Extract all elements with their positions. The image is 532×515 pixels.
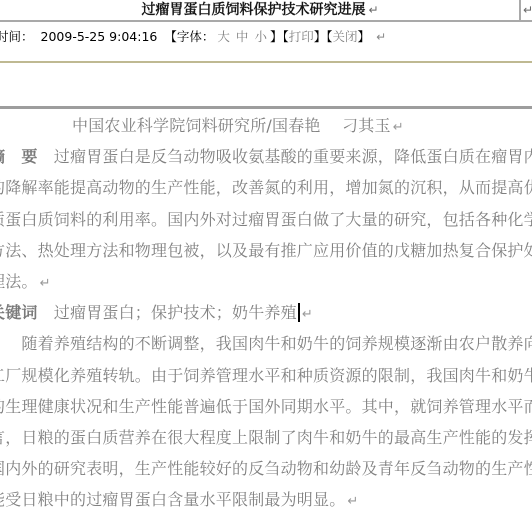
paragraph-line: 言，日粮的蛋白质营养在很大程度上限制了肉牛和奶牛的最高生产性能的发挥。: [0, 422, 532, 453]
paragraph-mark-icon: ↵: [523, 3, 532, 17]
paragraph-text: 能受日粮中的过瘤胃蛋白含量水平限制最为明显。: [0, 490, 345, 509]
font-size-medium-link[interactable]: 中: [236, 29, 249, 44]
byline-text: 中国农业科学院饲料研究所/国春艳 刁其玉: [72, 116, 391, 135]
time-label: 时间：: [0, 29, 34, 44]
title-bar: 过瘤胃蛋白质饲料保护技术研究进展↵: [0, 0, 520, 20]
timestamp: 2009-5-25 9:04:16: [41, 29, 158, 44]
font-size-large-link[interactable]: 大: [217, 29, 230, 44]
bracket-close: 】: [270, 29, 283, 44]
paragraph-line: 随着养殖结构的不断调整，我国肉牛和奶牛的饲养规模逐渐由农户散养向: [0, 328, 532, 359]
paragraph-line: 的生理健康状况和生产性能普遍低于国外同期水平。其中，就饲养管理水平而: [0, 391, 532, 422]
paragraph-mark-icon: ↵: [347, 494, 358, 509]
meta-bar: 时间：2009-5-25 9:04:16【字体：大中小】【打印】【关闭】↵: [0, 27, 386, 47]
abstract-line: 方法、热处理方法和物理包被，以及最有推广应用价值的戊糖加热复合保护处: [0, 235, 532, 266]
keywords-line: 关键词 过瘤胃蛋白；保护技术；奶牛养殖↵: [0, 297, 532, 328]
header-divider-rule: [0, 61, 532, 63]
bracket-open: 【: [164, 29, 177, 44]
close-link[interactable]: 关闭: [333, 29, 358, 44]
paragraph-line: 工厂规模化养殖转轨。由于饲养管理水平和种质资源的限制，我国肉牛和奶牛: [0, 360, 532, 391]
title-bottom-border: [0, 20, 532, 22]
abstract-label: 摘 要: [0, 147, 38, 166]
font-size-label: 字体：: [177, 29, 215, 44]
bracket-close: 】: [358, 29, 371, 44]
title-cell-divider: [519, 0, 521, 21]
keywords-text: 过瘤胃蛋白；保护技术；奶牛养殖: [38, 303, 297, 322]
content-divider-rule: [0, 106, 532, 109]
paragraph-mark-icon: ↵: [376, 30, 386, 44]
paragraph-line: 能受日粮中的过瘤胃蛋白含量水平限制最为明显。↵: [0, 484, 532, 515]
text-cursor: [298, 303, 300, 322]
abstract-line: 摘 要 过瘤胃蛋白是反刍动物吸收氨基酸的重要来源，降低蛋白质在瘤胃内: [0, 141, 532, 172]
article-body: 中国农业科学院饲料研究所/国春艳 刁其玉↵ 摘 要 过瘤胃蛋白是反刍动物吸收氨基…: [0, 110, 532, 515]
print-link[interactable]: 打印: [289, 29, 314, 44]
title-side-cell: ↵: [523, 0, 532, 20]
paragraph-mark-icon: ↵: [302, 307, 313, 322]
paragraph-mark-icon: ↵: [40, 276, 51, 291]
byline: 中国农业科学院饲料研究所/国春艳 刁其玉↵: [0, 110, 532, 141]
paragraph-line: 国内外的研究表明，生产性能较好的反刍动物和幼龄及青年反刍动物的生产性: [0, 453, 532, 484]
abstract-text: 过瘤胃蛋白是反刍动物吸收氨基酸的重要来源，降低蛋白质在瘤胃内: [38, 147, 532, 166]
abstract-text: 理法。: [0, 272, 38, 291]
paragraph-mark-icon: ↵: [368, 3, 378, 17]
document-page: 过瘤胃蛋白质饲料保护技术研究进展↵ ↵ 时间：2009-5-25 9:04:16…: [0, 0, 532, 515]
bracket-close: 】: [314, 29, 327, 44]
abstract-line: 质蛋白质饲料的利用率。国内外对过瘤胃蛋白做了大量的研究，包括各种化学: [0, 204, 532, 235]
font-size-small-link[interactable]: 小: [254, 29, 267, 44]
abstract-line: 的降解率能提高动物的生产性能，改善氮的利用，增加氮的沉积，从而提高优: [0, 172, 532, 203]
page-title: 过瘤胃蛋白质饲料保护技术研究进展: [141, 2, 365, 18]
paragraph-mark-icon: ↵: [393, 120, 404, 135]
keywords-label: 关键词: [0, 303, 38, 322]
abstract-line: 理法。↵: [0, 266, 532, 297]
